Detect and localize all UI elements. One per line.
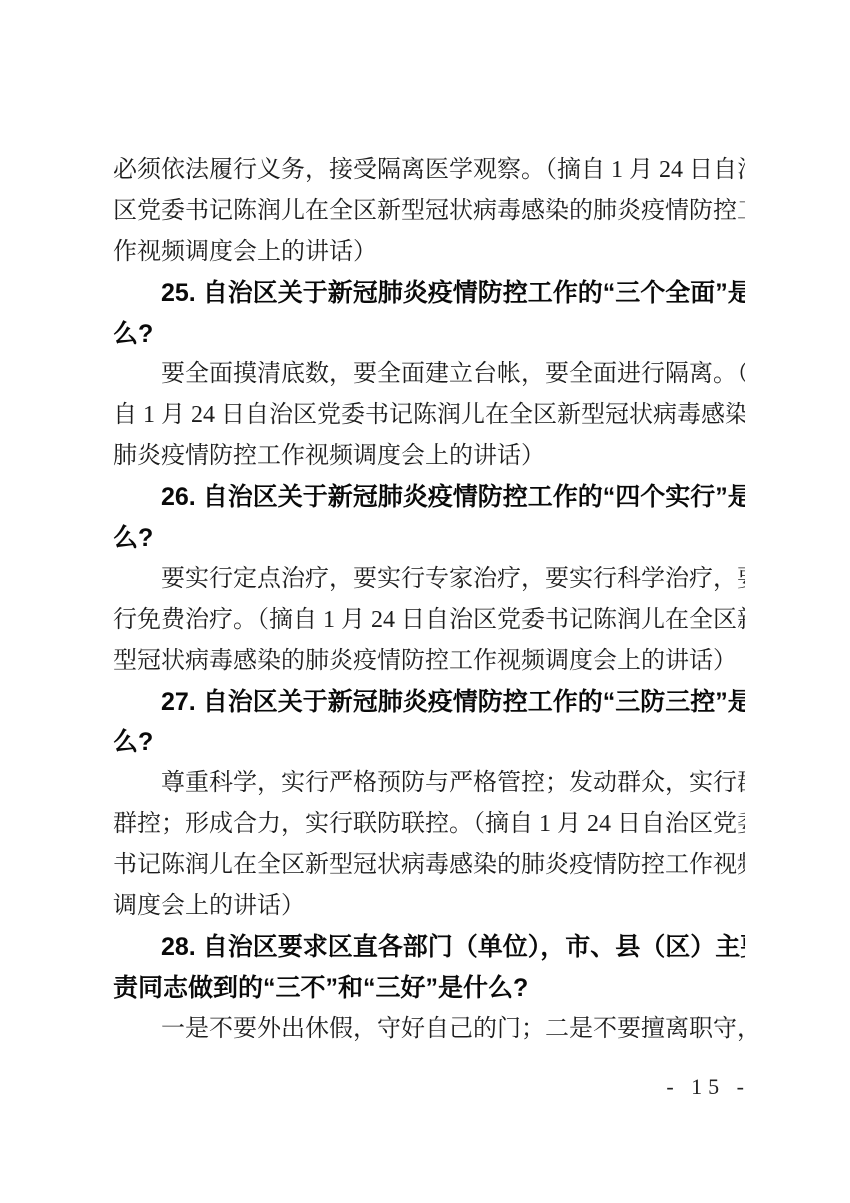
body-paragraph: 一是不要外出休假，守好自己的门；二是不要擅离职守，尽	[113, 1009, 745, 1050]
text-line: 调度会上的讲话）	[113, 886, 745, 927]
question-heading: 27. 自治区关于新冠肺炎疫情防控工作的“三防三控”是什么?	[113, 682, 745, 764]
text-line: 行免费治疗。（摘自 1 月 24 日自治区党委书记陈润儿在全区新	[113, 600, 745, 641]
body-paragraph: 尊重科学，实行严格预防与严格管控；发动群众，实行群防群控；形成合力，实行联防联控…	[113, 763, 745, 927]
text-line: 自 1 月 24 日自治区党委书记陈润儿在全区新型冠状病毒感染的	[113, 395, 745, 436]
question-heading: 26. 自治区关于新冠肺炎疫情防控工作的“四个实行”是什么?	[113, 477, 745, 559]
body-paragraph: 必须依法履行义务，接受隔离医学观察。（摘自 1 月 24 日自治区党委书记陈润儿…	[113, 150, 745, 273]
body-paragraph: 要全面摸清底数，要全面建立台帐，要全面进行隔离。（摘自 1 月 24 日自治区党…	[113, 354, 745, 477]
text-line: 肺炎疫情防控工作视频调度会上的讲话）	[113, 436, 745, 477]
body-paragraph: 要实行定点治疗，要实行专家治疗，要实行科学治疗，要实行免费治疗。（摘自 1 月 …	[113, 559, 745, 682]
text-line: 25. 自治区关于新冠肺炎疫情防控工作的“三个全面”是什	[113, 273, 745, 314]
text-line: 群控；形成合力，实行联防联控。（摘自 1 月 24 日自治区党委	[113, 804, 745, 845]
text-line: 区党委书记陈润儿在全区新型冠状病毒感染的肺炎疫情防控工	[113, 191, 745, 232]
text-line: 尊重科学，实行严格预防与严格管控；发动群众，实行群防	[113, 763, 745, 804]
document-page: 必须依法履行义务，接受隔离医学观察。（摘自 1 月 24 日自治区党委书记陈润儿…	[0, 0, 850, 1203]
text-line: 么?	[113, 518, 745, 559]
text-line: 要全面摸清底数，要全面建立台帐，要全面进行隔离。（摘	[113, 354, 745, 395]
question-heading: 25. 自治区关于新冠肺炎疫情防控工作的“三个全面”是什么?	[113, 273, 745, 355]
text-line: 一是不要外出休假，守好自己的门；二是不要擅离职守，尽	[113, 1009, 745, 1050]
text-line: 27. 自治区关于新冠肺炎疫情防控工作的“三防三控”是什	[113, 682, 745, 723]
question-heading: 28. 自治区要求区直各部门（单位），市、县（区）主要负责同志做到的“三不”和“…	[113, 927, 745, 1009]
page-number: - 15 -	[666, 1072, 750, 1102]
text-line: 必须依法履行义务，接受隔离医学观察。（摘自 1 月 24 日自治	[113, 150, 745, 191]
text-line: 么?	[113, 722, 745, 763]
text-line: 书记陈润儿在全区新型冠状病毒感染的肺炎疫情防控工作视频	[113, 845, 745, 886]
page-content: 必须依法履行义务，接受隔离医学观察。（摘自 1 月 24 日自治区党委书记陈润儿…	[113, 150, 745, 1050]
text-line: 责同志做到的“三不”和“三好”是什么?	[113, 968, 745, 1009]
text-line: 要实行定点治疗，要实行专家治疗，要实行科学治疗，要实	[113, 559, 745, 600]
text-line: 28. 自治区要求区直各部门（单位），市、县（区）主要负	[113, 927, 745, 968]
text-line: 么?	[113, 314, 745, 355]
text-line: 作视频调度会上的讲话）	[113, 232, 745, 273]
text-line: 型冠状病毒感染的肺炎疫情防控工作视频调度会上的讲话）	[113, 641, 745, 682]
text-line: 26. 自治区关于新冠肺炎疫情防控工作的“四个实行”是什	[113, 477, 745, 518]
